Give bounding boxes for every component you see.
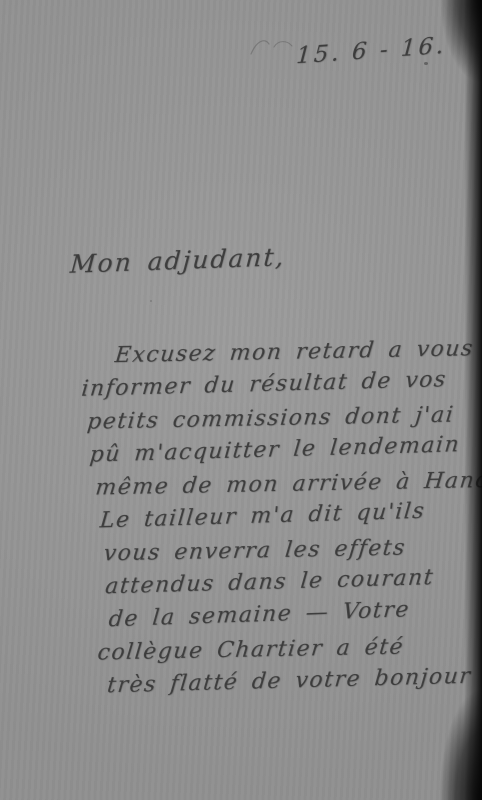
letter-page: 15. 6 - 16. Mon adjudant, Excusez mon re… — [0, 0, 482, 800]
paper-speck — [424, 62, 428, 65]
paper-speck — [150, 300, 152, 302]
ink-squiggle-mark — [248, 30, 296, 62]
letter-salutation: Mon adjudant, — [69, 242, 286, 279]
letter-body: Excusez mon retard a vous informer du ré… — [73, 332, 480, 703]
